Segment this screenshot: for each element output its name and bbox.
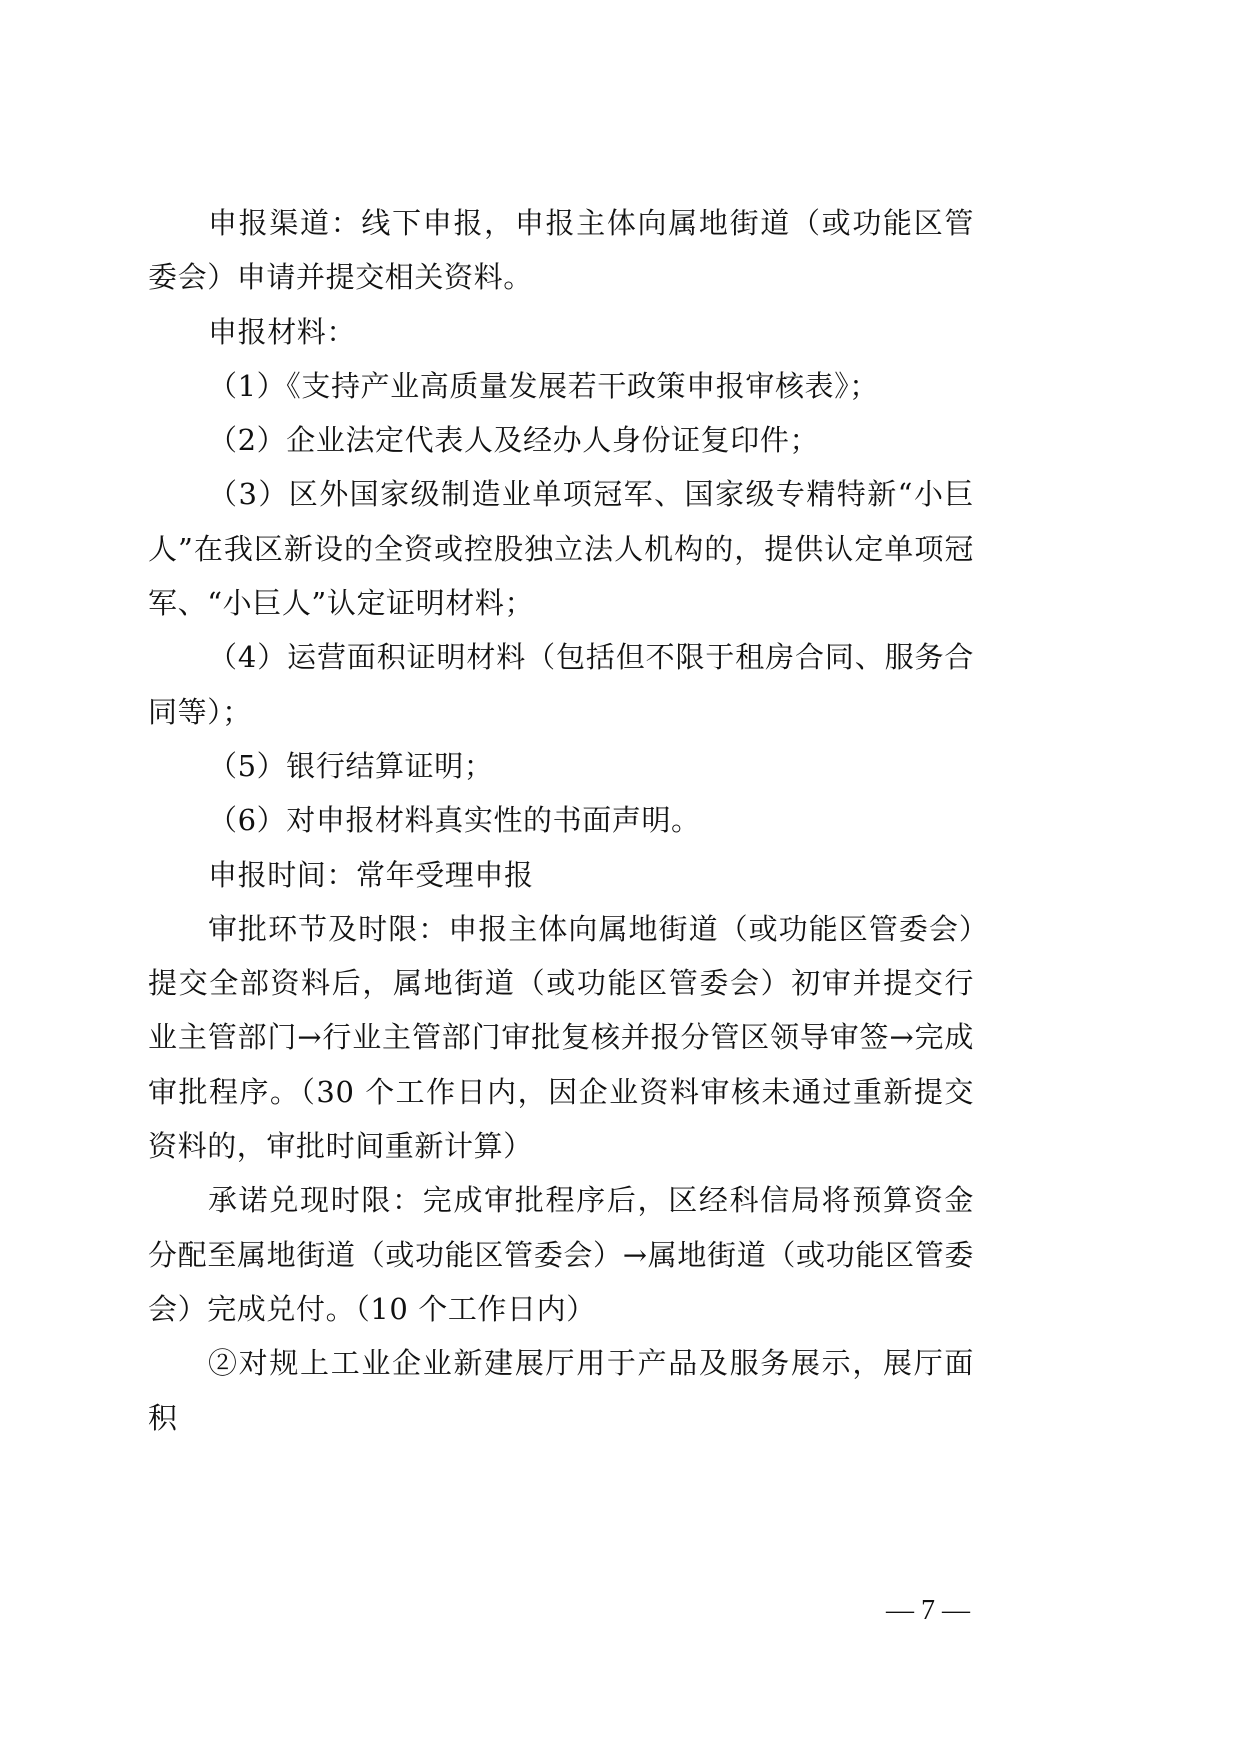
paragraph-application-time: 申报时间：常年受理申报: [148, 848, 974, 902]
list-item-material-4: （4）运营面积证明材料（包括但不限于租房合同、服务合同等）；: [148, 630, 974, 739]
paragraph-approval-process: 审批环节及时限：申报主体向属地街道（或功能区管委会）提交全部资料后，属地街道（或…: [148, 902, 974, 1173]
document-body: 申报渠道：线下申报，申报主体向属地街道（或功能区管委会）申请并提交相关资料。 申…: [148, 196, 974, 1445]
list-item-material-6: （6）对申报材料真实性的书面声明。: [148, 793, 974, 847]
paragraph-materials-heading: 申报材料：: [148, 305, 974, 359]
paragraph-showroom-policy: ②对规上工业企业新建展厅用于产品及服务展示，展厅面积: [148, 1336, 974, 1445]
list-item-material-5: （5）银行结算证明；: [148, 739, 974, 793]
list-item-material-3: （3）区外国家级制造业单项冠军、国家级专精特新“小巨人”在我区新设的全资或控股独…: [148, 467, 974, 630]
paragraph-payment-deadline: 承诺兑现时限：完成审批程序后，区经科信局将预算资金分配至属地街道（或功能区管委会…: [148, 1173, 974, 1336]
paragraph-application-channel: 申报渠道：线下申报，申报主体向属地街道（或功能区管委会）申请并提交相关资料。: [148, 196, 974, 305]
page-number: — 7 —: [870, 1595, 970, 1627]
list-item-material-2: （2）企业法定代表人及经办人身份证复印件；: [148, 413, 974, 467]
list-item-material-1: （1）《支持产业高质量发展若干政策申报审核表》；: [148, 359, 974, 413]
